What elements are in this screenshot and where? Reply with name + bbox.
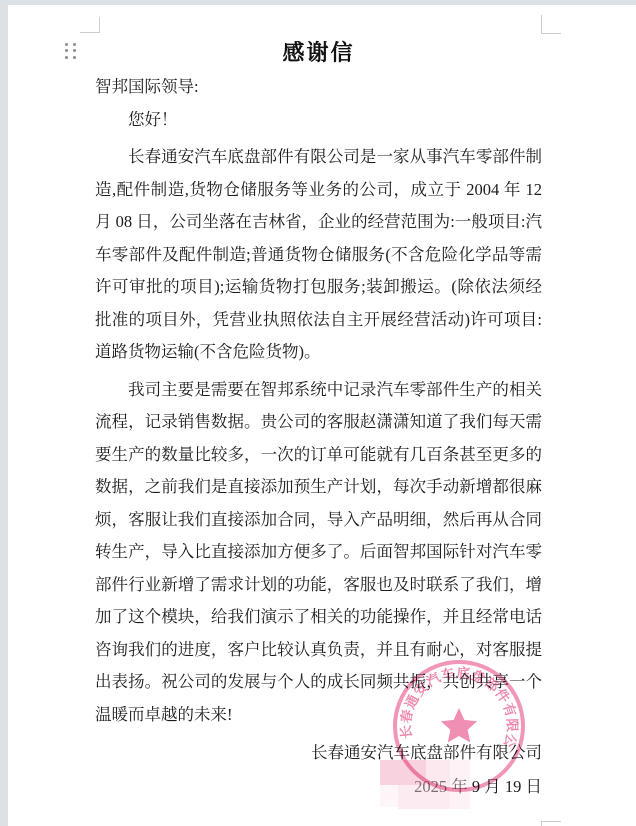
- letter-title: 感谢信: [95, 36, 542, 67]
- seal-blur-mosaic: [426, 760, 450, 785]
- letter-greeting: 您好！: [95, 104, 542, 137]
- margin-corner-mark-top-right: [541, 15, 561, 34]
- seal-blur-mosaic: [380, 785, 398, 807]
- margin-corner-mark-top-left: [80, 17, 100, 33]
- letter-salutation: 智邦国际领导:: [95, 71, 542, 104]
- letter-signature: 长春通安汽车底盘部件有限公司: [95, 736, 542, 770]
- letter-paragraph-1: 长春通安汽车底盘部件有限公司是一家从事汽车零部件制造,配件制造,货物仓储服务等业…: [95, 141, 542, 369]
- app-background: 感谢信 智邦国际领导: 您好！ 长春通安汽车底盘部件有限公司是一家从事汽车零部件…: [0, 0, 636, 826]
- seal-blur-mosaic: [398, 785, 450, 809]
- document-page: 感谢信 智邦国际领导: 您好！ 长春通安汽车底盘部件有限公司是一家从事汽车零部件…: [8, 5, 636, 826]
- seal-blur-mosaic: [380, 760, 426, 785]
- letter-date: 2025 年 9 月 19 日: [95, 770, 542, 804]
- letter-body: 智邦国际领导: 您好！ 长春通安汽车底盘部件有限公司是一家从事汽车零部件制造,配…: [95, 71, 542, 804]
- seal-blur-mosaic: [450, 760, 470, 809]
- letter-paragraph-2: 我司主要是需要在智邦系统中记录汽车零部件生产的相关流程，记录销售数据。贵公司的客…: [95, 374, 542, 732]
- drag-handle-icon[interactable]: [62, 41, 78, 61]
- margin-corner-mark-bottom-right: [541, 821, 561, 826]
